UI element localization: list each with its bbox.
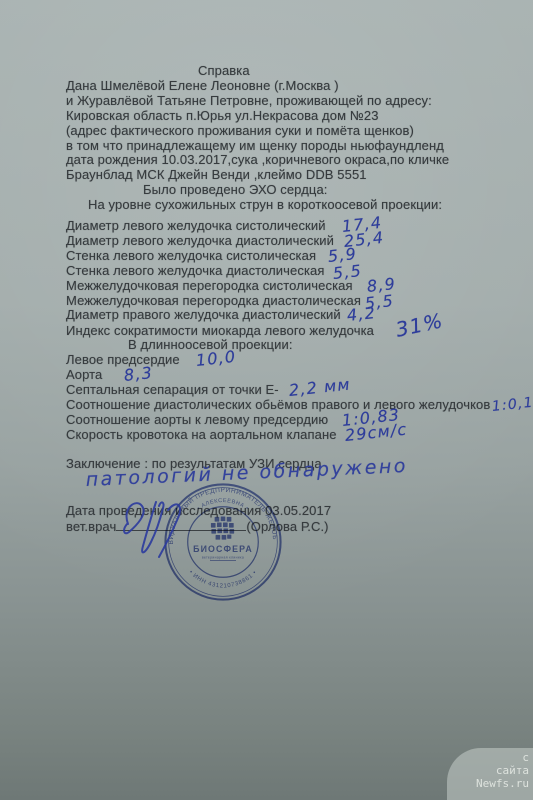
- document-title: Справка: [198, 64, 526, 79]
- handwritten-value: 2,2 мм: [288, 379, 351, 395]
- measurement-label: Межжелудочковая перегородка диастолическ…: [66, 293, 361, 308]
- measurement-label: Левое предсердие: [66, 352, 180, 367]
- measurement-label: Диаметр левого желудочка систолический: [66, 218, 326, 233]
- measurement-row: Диаметр левого желудочка диастолический2…: [66, 234, 526, 249]
- handwritten-value: 31%: [395, 315, 444, 335]
- measurement-label: Стенка левого желудочка систолическая: [66, 248, 316, 263]
- measurement-row: Диаметр левого желудочка систолический17…: [66, 219, 526, 234]
- handwritten-value: 8,3: [124, 368, 154, 381]
- measurement-row: Межжелудочковая перегородка диастолическ…: [66, 294, 526, 309]
- document-photo: Справка Дана Шмелёвой Елене Леоновне (г.…: [0, 0, 533, 800]
- intro-line: Дана Шмелёвой Елене Леоновне (г.Москва ): [66, 79, 526, 94]
- intro-line: Кировская область п.Юрья ул.Некрасова до…: [66, 109, 526, 124]
- long-axis-measurements: Левое предсердие10,0 Аорта8,3 Септальная…: [66, 353, 526, 442]
- intro-line: Браунблад МСК Джейн Венди ,клеймо DDB 55…: [66, 168, 526, 183]
- long-axis-heading: В длинноосевой проекции:: [128, 338, 526, 353]
- stamp-ring-bottom-text: • ИНН 431210738861 •: [188, 570, 259, 590]
- measurement-label: Септальная сепарация от точки Е-: [66, 382, 279, 397]
- handwritten-value: 29см/с: [344, 424, 407, 440]
- intro-line: в том что принадлежащему им щенку породы…: [66, 139, 526, 154]
- handwritten-value: 8,9: [366, 279, 396, 292]
- watermark-line: сайта: [447, 764, 529, 777]
- handwritten-value: 5,5: [332, 266, 362, 279]
- measurement-label: Диаметр правого желудочка диастолический: [66, 307, 341, 322]
- vet-label: вет.врач: [66, 519, 116, 534]
- measurement-row: Септальная сепарация от точки Е-2,2 мм: [66, 383, 526, 398]
- measurement-row: Стенка левого желудочка систолическая5,9: [66, 249, 526, 264]
- intro-line: дата рождения 10.03.2017,сука ,коричнево…: [66, 153, 526, 168]
- intro-line: и Журавлёвой Татьяне Петровне, проживающ…: [66, 94, 526, 109]
- intro-line: (адрес фактического проживания суки и по…: [66, 124, 526, 139]
- watermark-line: Newfs.ru: [447, 777, 529, 790]
- measurement-row: Скорость кровотока на аортальном клапане…: [66, 428, 526, 443]
- handwritten-value: 4,2: [346, 308, 376, 321]
- certificate-body: Справка Дана Шмелёвой Елене Леоновне (г.…: [66, 64, 526, 535]
- measurement-label: Соотношение аорты к левому предсердию: [66, 412, 328, 427]
- handwritten-value: 5,9: [328, 249, 358, 262]
- echo-heading: Было проведено ЭХО сердца:: [143, 183, 526, 198]
- handwritten-value: 1:0,16: [492, 396, 533, 411]
- short-axis-heading: На уровне сухожильных струн в короткоосе…: [88, 198, 526, 213]
- measurement-label: Стенка левого желудочка диастолическая: [66, 263, 325, 278]
- measurement-row: Межжелудочковая перегородка систолическа…: [66, 279, 526, 294]
- measurement-label: Аорта: [66, 367, 102, 382]
- measurement-row: Соотношение диастолических обьёмов право…: [66, 398, 526, 413]
- handwritten-value: 10,0: [195, 352, 236, 366]
- watermark-line: с: [447, 751, 529, 764]
- measurement-label: Индекс сократимости миокарда левого желу…: [66, 323, 374, 338]
- measurement-label: Скорость кровотока на аортальном клапане: [66, 427, 337, 442]
- measurement-row: Стенка левого желудочка диастолическая5,…: [66, 264, 526, 279]
- measurement-row: Индекс сократимости миокарда левого желу…: [66, 323, 526, 338]
- measurement-label: Диаметр левого желудочка диастолический: [66, 233, 334, 248]
- measurement-row: Диаметр правого желудочка диастолический…: [66, 308, 526, 323]
- site-watermark: с сайта Newfs.ru: [447, 748, 533, 800]
- short-axis-measurements: Диаметр левого желудочка систолический17…: [66, 219, 526, 338]
- measurement-label: Соотношение диастолических обьёмов право…: [66, 397, 490, 412]
- svg-text:• ИНН 431210738861 •: • ИНН 431210738861 •: [188, 570, 259, 590]
- measurement-row: Соотношение аорты к левому предсердию1:0…: [66, 413, 526, 428]
- vet-signature: [112, 494, 227, 562]
- measurement-label: Межжелудочковая перегородка систолическа…: [66, 278, 353, 293]
